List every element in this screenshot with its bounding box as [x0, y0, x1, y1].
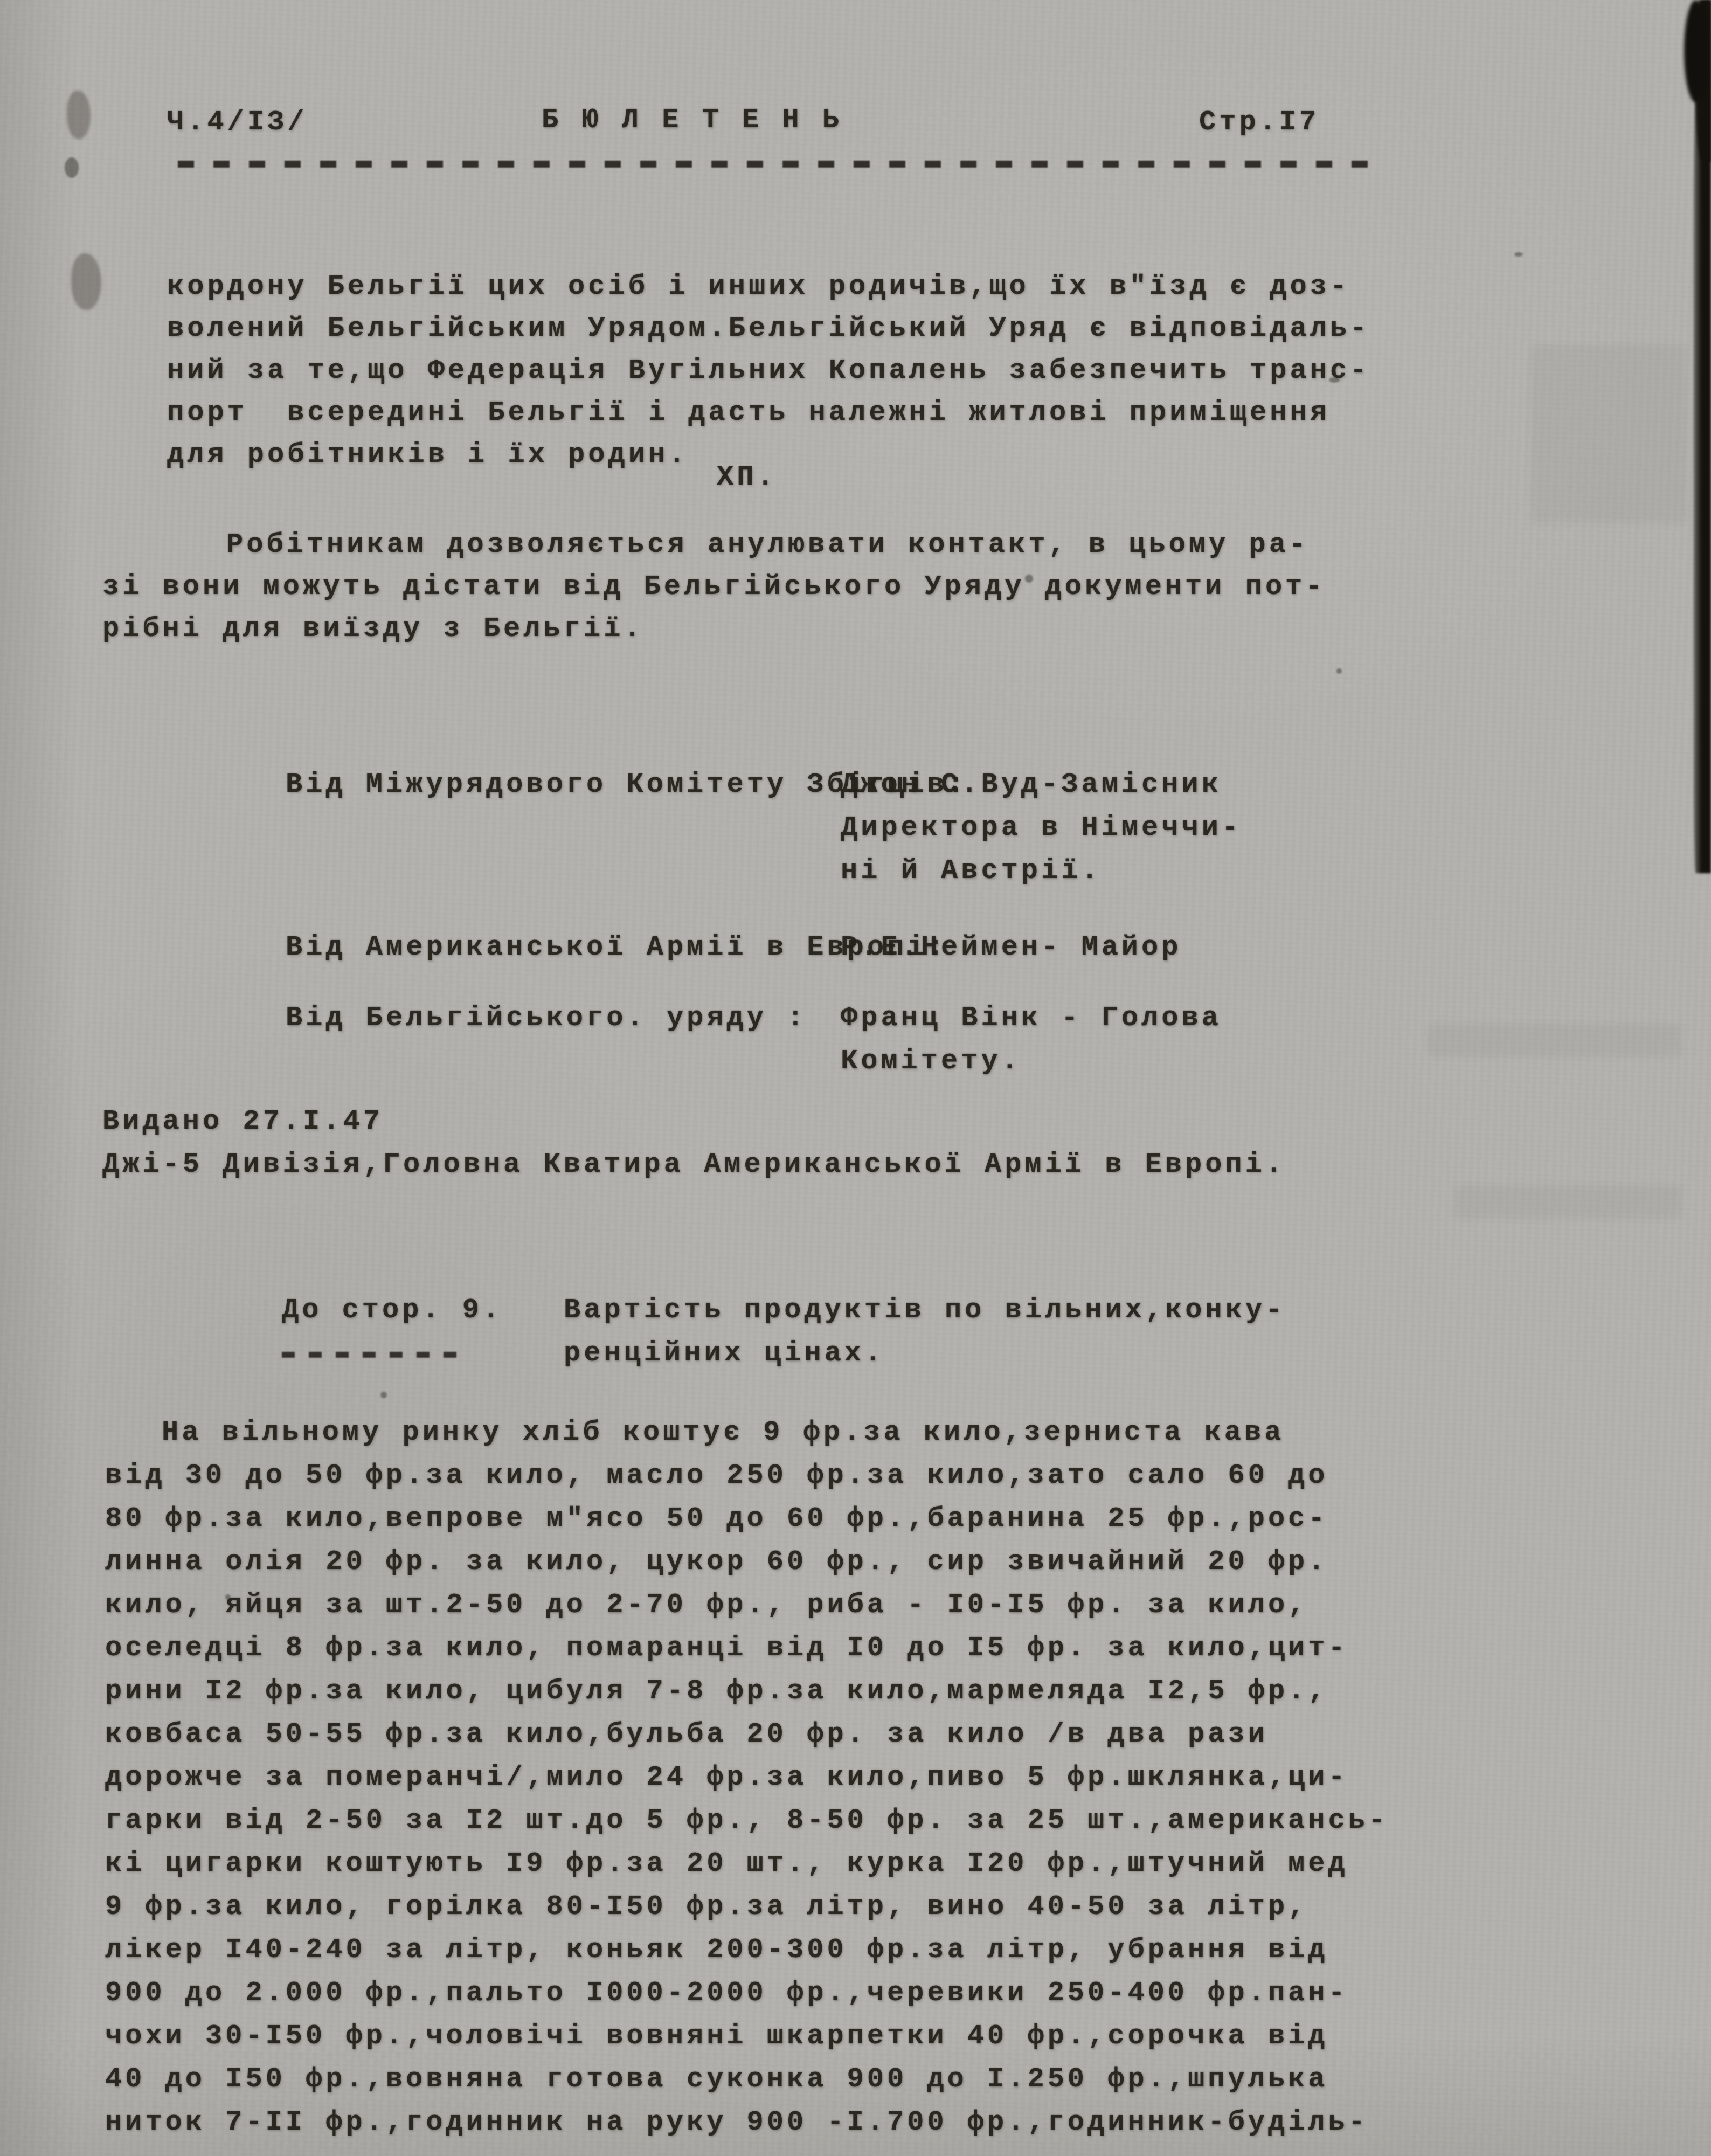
signatory-name: Р.Е.Неймен- Майор	[841, 931, 1182, 964]
ink-smudge	[67, 91, 91, 139]
issued-date-line: Видано 27.І.47	[102, 1105, 383, 1138]
price-line: кило, яйця за шт.2-50 до 2-70 фр., риба …	[105, 1588, 1308, 1622]
ink-speck	[65, 157, 79, 178]
ink-speck	[1336, 668, 1342, 674]
price-line: оселедці 8 фр.за кило, помаранці від І0 …	[105, 1632, 1348, 1665]
scan-edge-blob	[1696, 0, 1711, 162]
price-line: рини І2 фр.за кило, цибуля 7-8 фр.за кил…	[105, 1675, 1328, 1708]
ink-speck	[225, 1594, 231, 1600]
price-line: На вільному ринку хліб коштує 9 фр.за ки…	[162, 1416, 1284, 1449]
price-line: гарки від 2-50 за І2 шт.до 5 фр., 8-50 ф…	[105, 1804, 1388, 1837]
para1-line: ний за те,що Федерація Вугільних Копален…	[167, 354, 1370, 388]
scan-edge-blob	[1694, 0, 1711, 873]
signatory-name: ні й Австрії.	[841, 854, 1102, 888]
price-line: 900 до 2.000 фр.,пальто І000-2000 фр.,че…	[105, 1977, 1348, 2010]
para1-line: кордону Бельгії цих осіб і инших родичів…	[167, 270, 1350, 303]
para2-line: зі вони можуть дістати від Бельгійського…	[102, 570, 1326, 604]
price-line: 9 фр.за кило, горілка 80-І50 фр.за літр,…	[105, 1890, 1308, 1924]
ink-smudge	[71, 253, 101, 310]
price-line: 80 фр.за кило,вепрове м"ясо 50 до 60 фр.…	[105, 1502, 1328, 1536]
price-line: ковбаса 50-55 фр.за кило,бульба 20 фр. з…	[105, 1718, 1268, 1751]
para1-line: для робітників і їх родин.	[167, 438, 688, 472]
para2-line: рібні для виїзду з Бельгії.	[102, 612, 644, 646]
price-line: кі цигарки коштують І9 фр.за 20 шт., кур…	[105, 1847, 1348, 1881]
section-numeral: ХП.	[717, 461, 777, 494]
page-number: Стр.І7	[1199, 106, 1319, 139]
issue-number: Ч.4/ІЗ/	[167, 106, 307, 139]
para1-line: волений Бельгійським Урядом.Бельгійський…	[167, 312, 1370, 345]
price-line: від 30 до 50 фр.за кило, масло 250 фр.за…	[105, 1459, 1328, 1492]
price-section-dashed-rule	[282, 1352, 465, 1358]
price-line: линна олія 20 фр. за кило, цукор 60 фр.,…	[105, 1545, 1328, 1579]
para1-line: порт всередині Бельгії і дасть належні ж…	[167, 396, 1330, 430]
price-section-heading: Вартість продуктів по вільних,конку-	[564, 1294, 1285, 1327]
price-section-ref: До стор. 9.	[282, 1294, 502, 1327]
price-section-heading: ренційних цінах.	[564, 1337, 884, 1370]
bleed-through	[1455, 1186, 1681, 1218]
para2-line: Робітникам дозволяється анулювати контак…	[226, 528, 1309, 562]
bleed-through	[1428, 1024, 1681, 1056]
signatory-name: Директора в Німеччи-	[841, 811, 1242, 845]
price-line: ниток 7-ІІ фр.,годинник на руку 900 -І.7…	[105, 2106, 1368, 2139]
header-dashed-rule	[178, 161, 1371, 168]
price-line: чохи 30-І50 фр.,чоловічі вовняні шкарпет…	[105, 2020, 1328, 2053]
signatory-name: Франц Вінк - Голова	[841, 1001, 1222, 1035]
signatory-name: Комітету.	[841, 1045, 1021, 1078]
document-page: { "header": { "issue": "Ч.4/ІЗ/", "title…	[0, 0, 1711, 2156]
signatory-label: Від Бельгійського. уряду :	[286, 1001, 807, 1035]
signatory-name: Джон С.Вуд-Замісник	[841, 768, 1222, 801]
price-line: лікер І40-240 за літр, коньяк 200-300 фр…	[105, 1933, 1328, 1967]
ink-speck	[1514, 252, 1523, 257]
scan-edge-blob	[1684, 0, 1708, 102]
ink-speck	[1329, 377, 1340, 383]
ink-speck	[1025, 575, 1033, 583]
issued-division-line: Джі-5 Дивізія,Головна Кватира Американсь…	[102, 1148, 1285, 1181]
price-line: 40 до І50 фр.,вовняна готова суконка 900…	[105, 2063, 1328, 2096]
scanned-document: Ч.4/ІЗ/ Б Ю Л Е Т Е Н Ь Стр.І7 кордону Б…	[0, 0, 1711, 2156]
price-line: дорожче за померанчі/,мило 24 фр.за кило…	[105, 1761, 1348, 1794]
bleed-through	[1530, 345, 1687, 523]
bulletin-title: Б Ю Л Е Т Е Н Ь	[542, 103, 842, 137]
ink-speck	[380, 1392, 387, 1398]
